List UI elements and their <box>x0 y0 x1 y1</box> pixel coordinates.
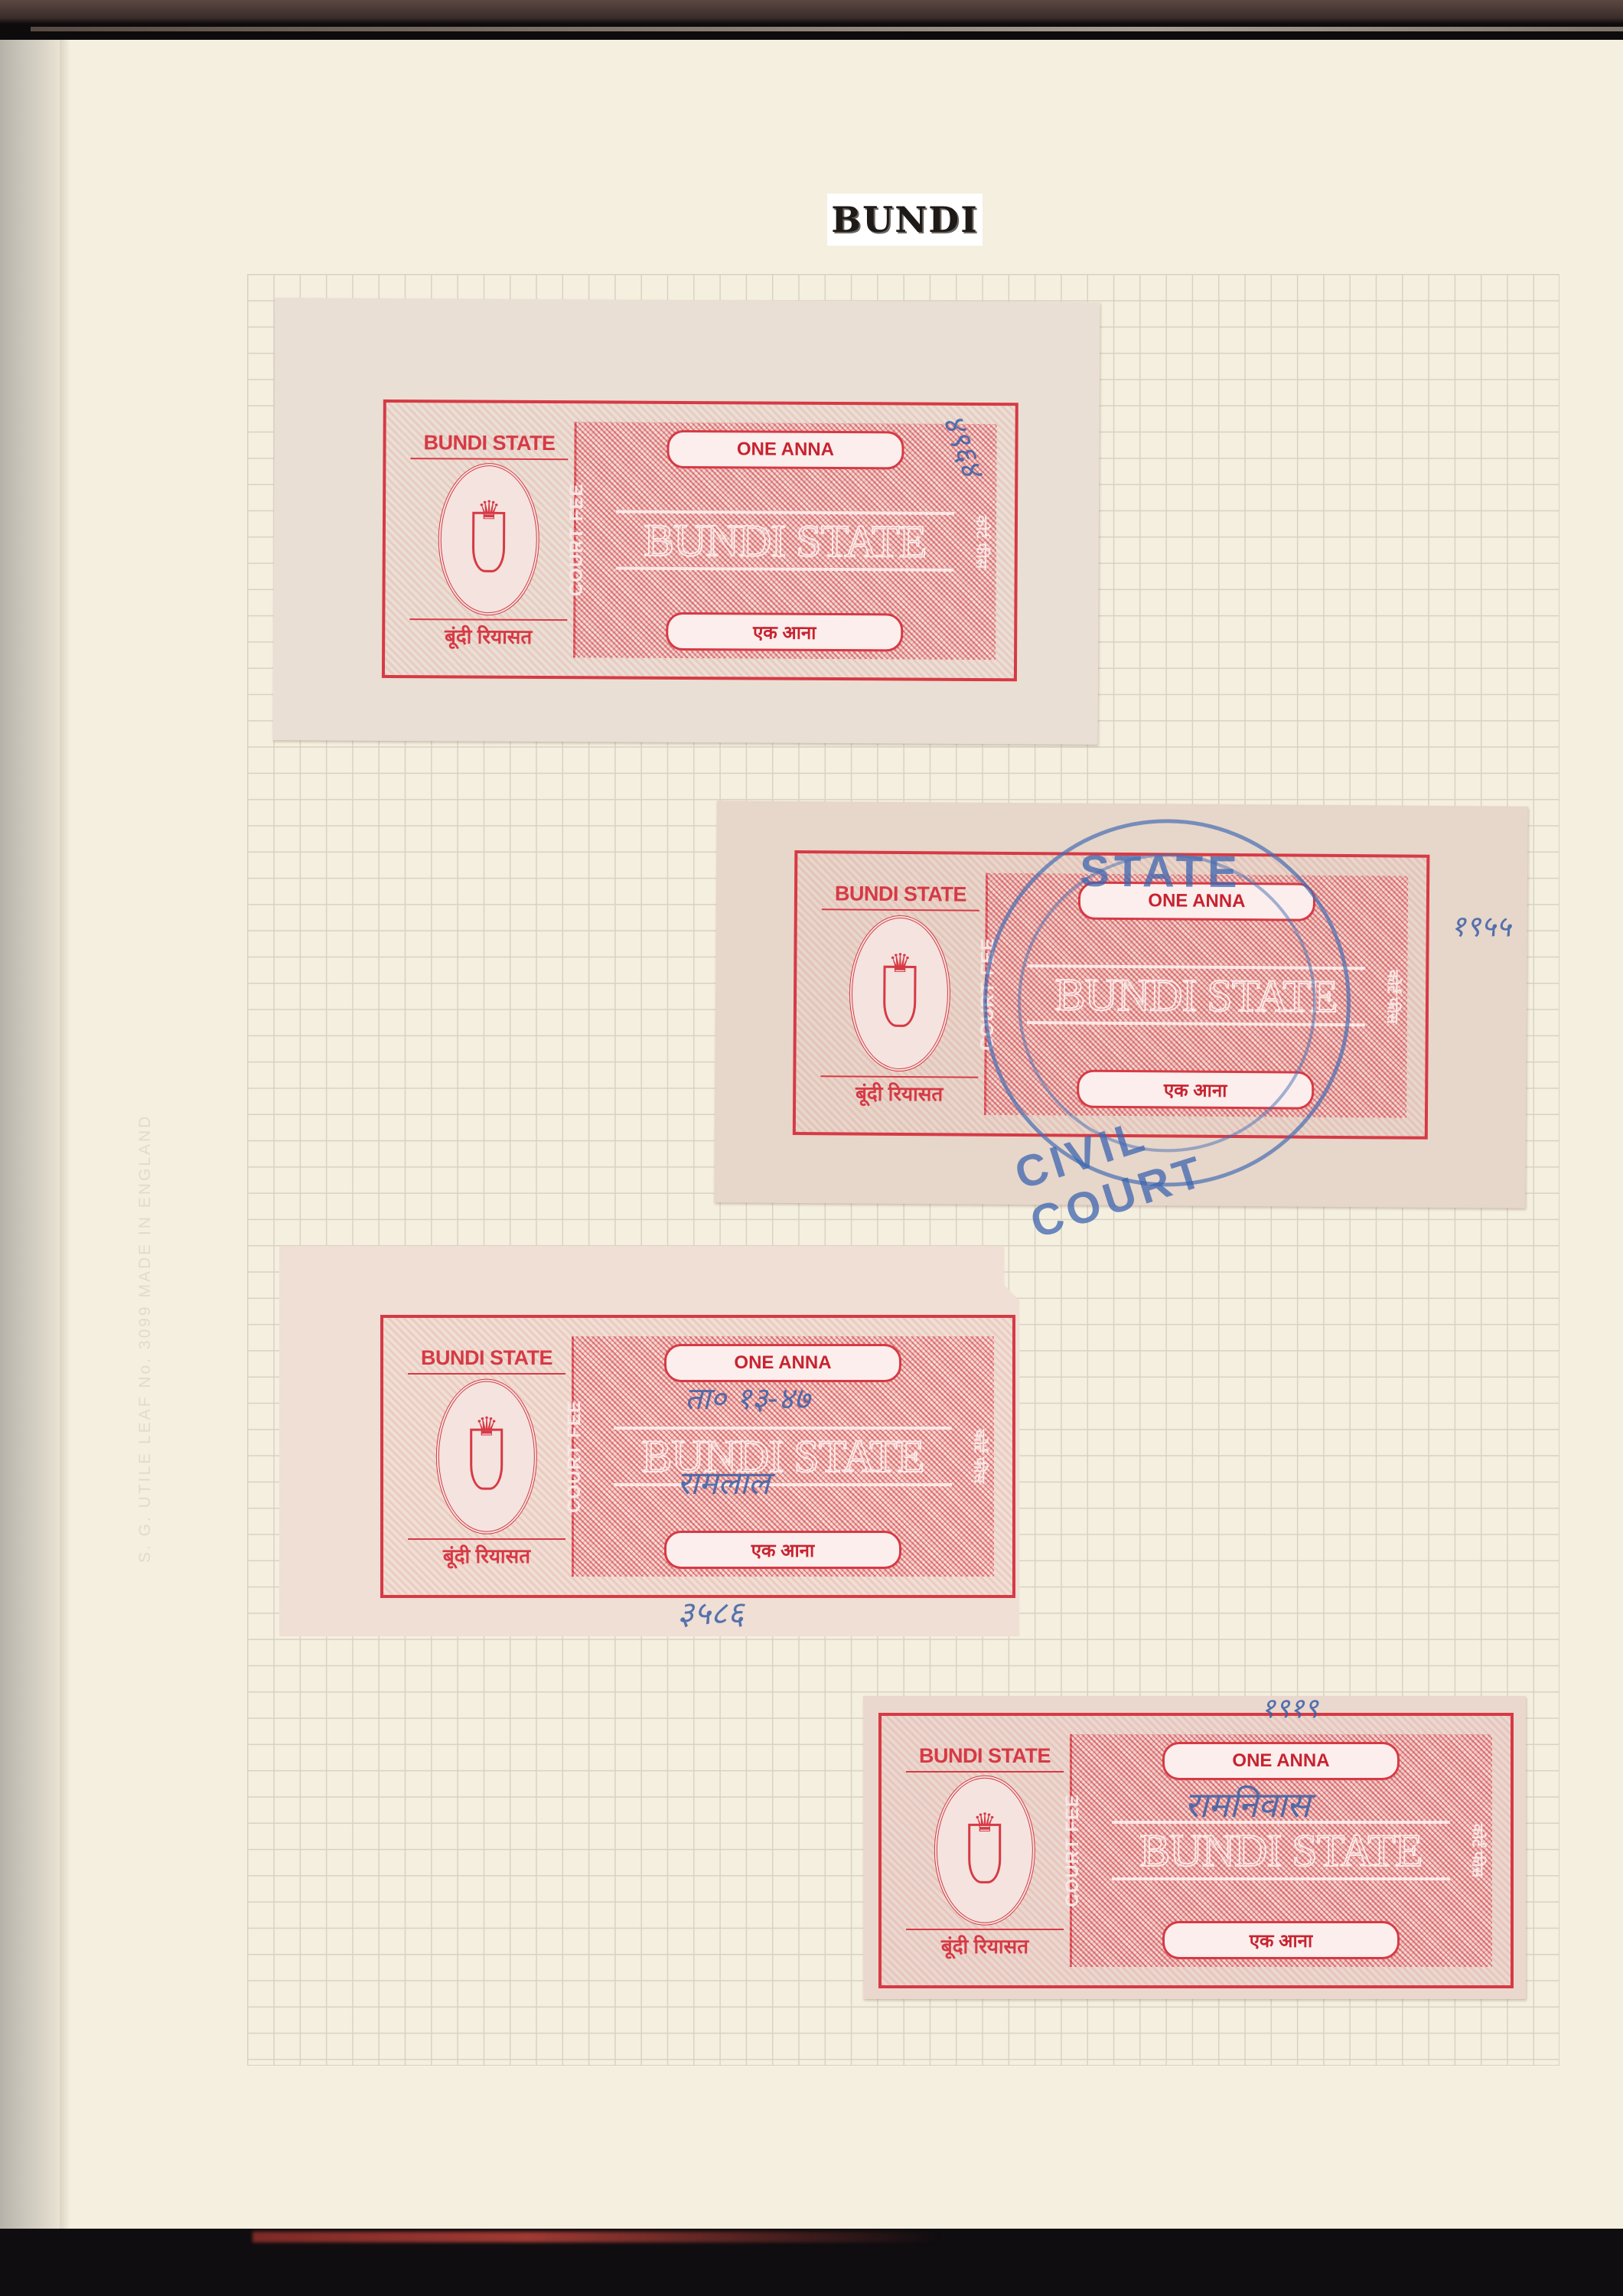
state-name-hi: बूंदी रियासत <box>820 1075 978 1108</box>
central-state-name: BUNDI STATE <box>616 510 954 572</box>
manuscript-number: १९१९ <box>1261 1688 1318 1726</box>
court-fee-text: COURT FEE <box>1062 1794 1084 1907</box>
album-bottom-edge <box>0 2229 1623 2296</box>
manuscript-name: रामनिवास <box>1185 1780 1310 1828</box>
civil-court-postmark: STATE CIVIL COURT <box>982 818 1351 1188</box>
crest-panel: BUNDI STATE ♛ बूंदी रियासत <box>814 872 988 1115</box>
coat-of-arms-icon: ♛ <box>436 1379 537 1534</box>
court-fee-text: COURT FEE <box>565 483 588 596</box>
stamp-piece-4[interactable]: BUNDI STATE ♛ बूंदी रियासत COURT FEE ONE… <box>863 1696 1526 1999</box>
state-name-en: BUNDI STATE <box>410 427 568 460</box>
stamp-piece-3[interactable]: BUNDI STATE ♛ बूंदी रियासत COURT FEE ONE… <box>279 1246 1035 1636</box>
crest-panel: BUNDI STATE ♛ बूंदी रियासत <box>403 421 577 657</box>
stamp-piece-1[interactable]: BUNDI STATE ♛ बूंदी रियासत COURT FEE ONE… <box>272 298 1100 745</box>
page-edge-rail <box>31 27 1623 31</box>
central-state-name: BUNDI STATE <box>1112 1821 1450 1880</box>
coat-of-arms-icon: ♛ <box>849 915 951 1072</box>
manuscript-number: ३५८६ <box>677 1590 744 1634</box>
court-fee-text: COURT FEE <box>564 1400 585 1513</box>
court-fee-hi-text: कोर्ट फीस <box>1383 970 1403 1023</box>
value-hi: एक आना <box>666 612 903 652</box>
value-en: ONE ANNA <box>667 430 904 470</box>
state-name-hi: बूंदी रियासत <box>408 1538 565 1570</box>
state-name-en: BUNDI STATE <box>408 1342 565 1375</box>
value-panel: COURT FEE ONE ANNA BUNDI STATE एक आना को… <box>1070 1734 1492 1967</box>
court-fee-stamp: BUNDI STATE ♛ बूंदी रियासत COURT FEE ONE… <box>380 1315 1015 1598</box>
manuscript-date: ता० १३-४७ <box>685 1376 810 1418</box>
state-name-hi: बूंदी रियासत <box>906 1929 1064 1961</box>
coat-of-arms-icon: ♛ <box>438 463 539 616</box>
state-name-hi: बूंदी रियासत <box>409 618 567 651</box>
leaf-imprint: S. G. UTILE LEAF No. 3099 MADE IN ENGLAN… <box>136 1114 155 1563</box>
state-name-en: BUNDI STATE <box>906 1740 1064 1773</box>
value-hi: एक आना <box>664 1531 901 1569</box>
court-fee-hi-text: कोर्ट फीस <box>1468 1824 1489 1877</box>
page-title-label: BUNDI <box>827 194 983 246</box>
stamp-piece-2[interactable]: BUNDI STATE ♛ बूंदी रियासत COURT FEE ONE… <box>714 801 1528 1208</box>
court-fee-stamp: BUNDI STATE ♛ बूंदी रियासत COURT FEE ONE… <box>382 400 1018 681</box>
manuscript-note: १९५५ <box>1451 905 1511 946</box>
value-panel: COURT FEE ONE ANNA BUNDI STATE एक आना को… <box>572 1336 994 1577</box>
coat-of-arms-icon: ♛ <box>934 1776 1035 1926</box>
central-state-name: BUNDI STATE <box>614 1427 952 1486</box>
court-fee-hi-text: कोर्ट फीस <box>972 515 992 569</box>
value-panel: COURT FEE ONE ANNA BUNDI STATE एक आना को… <box>573 422 997 660</box>
value-hi: एक आना <box>1162 1921 1399 1959</box>
state-name-en: BUNDI STATE <box>822 878 979 911</box>
manuscript-name: रामलाल <box>677 1460 770 1504</box>
value-en: ONE ANNA <box>1162 1742 1399 1780</box>
postmark-top-text: STATE <box>1080 846 1242 898</box>
court-fee-hi-text: कोर्ट फीस <box>970 1430 991 1483</box>
court-fee-stamp: BUNDI STATE ♛ बूंदी रियासत COURT FEE ONE… <box>878 1713 1514 1988</box>
crest-panel: BUNDI STATE ♛ बूंदी रियासत <box>900 1734 1072 1967</box>
album-top-edge <box>0 0 1623 40</box>
crest-panel: BUNDI STATE ♛ बूंदी रियासत <box>402 1336 574 1577</box>
cover-reflection <box>253 2232 941 2242</box>
binder-spine <box>0 40 60 2229</box>
